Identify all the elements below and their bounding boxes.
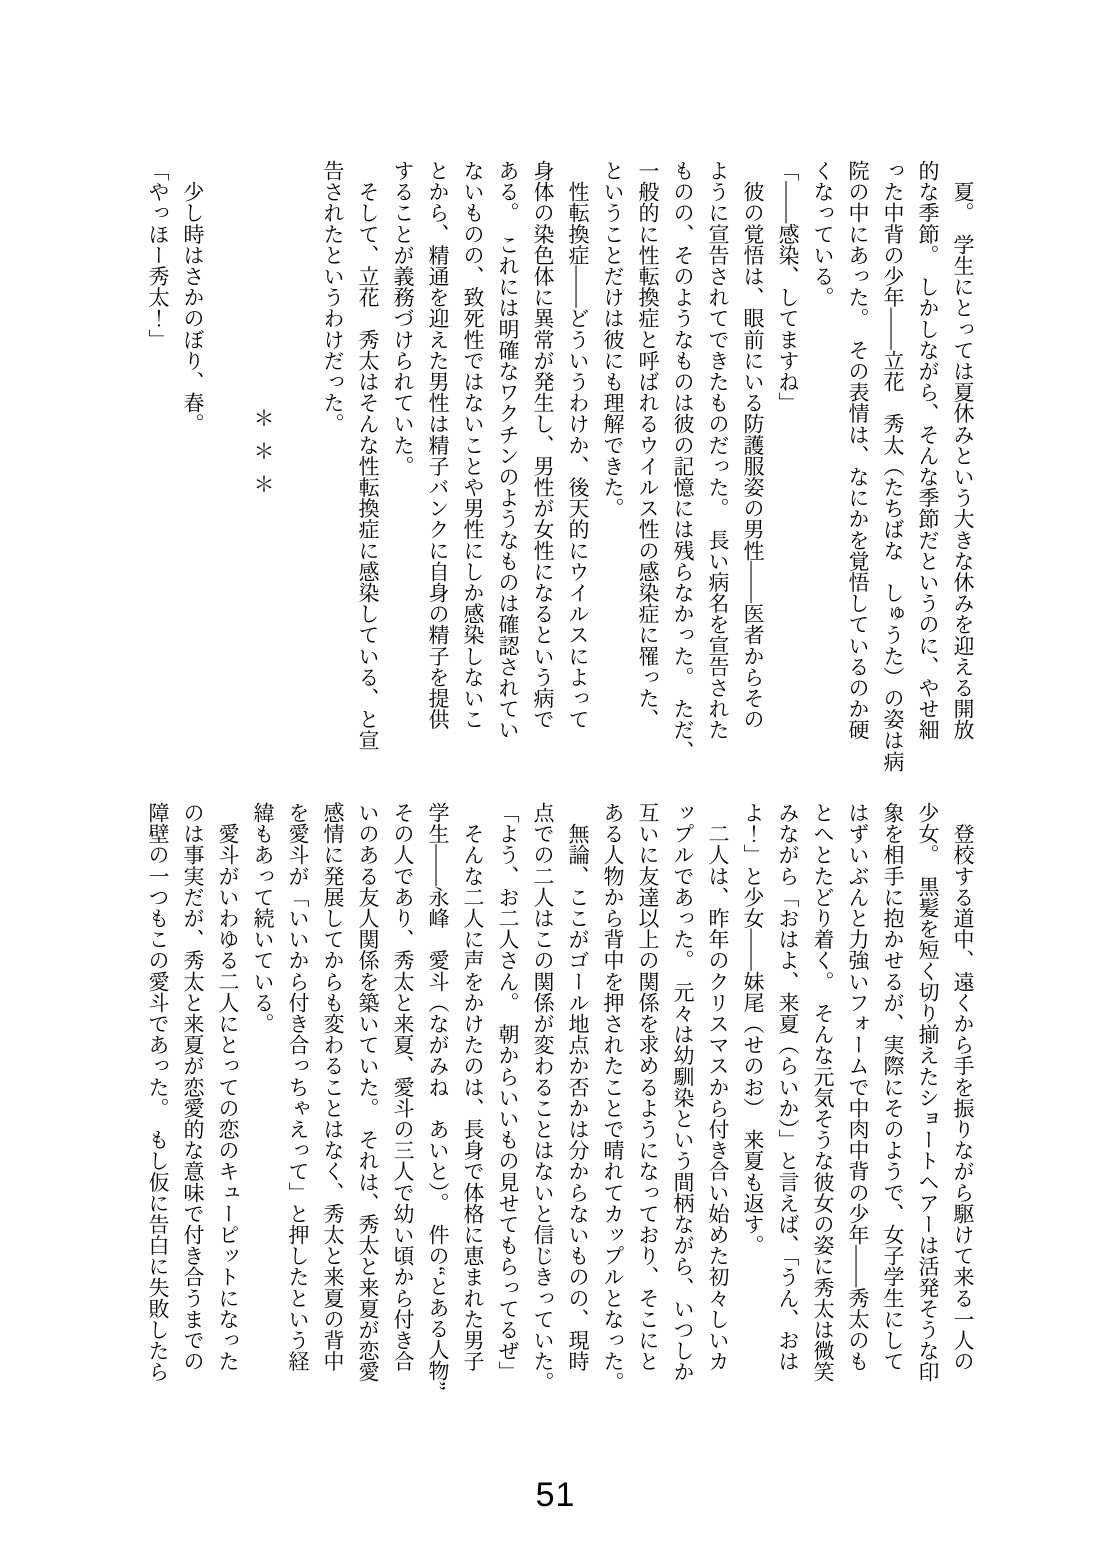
text-line: 「よう、お二人さん。 朝からいいもの見せてもらってるぜ」 [490, 802, 525, 1394]
text-line: 院の中にあった。 その表情は、なにかを覚悟しているのか硬 [840, 160, 875, 752]
text-line: 「やっほー秀太！」 [140, 160, 175, 752]
text-line: ということだけは彼にも理解できた。 [595, 160, 630, 752]
text-line: 性転換症――どういうわけか、後天的にウイルスによって [560, 160, 595, 752]
text-line: いのある友人関係を築いていた。 それは、秀太と来夏が恋愛 [350, 802, 385, 1394]
text-line: を愛斗が「いいから付き合っちゃえって」と押したという経 [280, 802, 315, 1394]
text-line: ものの、そのようなものは彼の記憶には残らなかった。 ただ、 [665, 160, 700, 752]
text-line [280, 160, 315, 752]
text-line: その人であり、秀太と来夏、愛斗の三人で幼い頃から付き合 [385, 802, 420, 1394]
text-line: そして、立花 秀太はそんな性転換症に感染している、と宣 [350, 160, 385, 752]
text-line: よ！」と少女――妹尾（せのお） 来夏も返す。 [735, 802, 770, 1394]
lower-text-block: 登校する道中、遠くから手を振りながら駆けて来る一人の少女。 黒髪を短く切り揃えた… [140, 802, 980, 1394]
text-line: とへとたどり着く。 そんな元気そうな彼女の姿に秀太は微笑 [805, 802, 840, 1394]
text-line: 感情に発展してからも変わることはなく、秀太と来夏の背中 [315, 802, 350, 1394]
text-line: 愛斗がいわゆる二人にとっての恋のキューピットになった [210, 802, 245, 1394]
text-line: 身体の染色体に異常が発生し、男性が女性になるという病で [525, 160, 560, 752]
text-line: 点での二人はこの関係が変わることはないと信じきっていた。 [525, 802, 560, 1394]
text-line: 少し時はさかのぼり、春。 [175, 160, 210, 752]
text-line: 夏。 学生にとっては夏休みという大きな休みを迎える開放 [945, 160, 980, 752]
text-line [210, 160, 245, 752]
page-number: 51 [0, 1476, 1111, 1515]
text-line: った中背の少年――立花 秀太（たちばな しゅうた）の姿は病 [875, 160, 910, 752]
text-line: 的な季節。 しかしながら、そんな季節だというのに、やせ細 [910, 160, 945, 752]
document-page: 夏。 学生にとっては夏休みという大きな休みを迎える開放的な季節。 しかしながら、… [0, 0, 1111, 1554]
text-line: 彼の覚悟は、眼前にいる防護服姿の男性――医者からその [735, 160, 770, 752]
scene-separator: ＊＊＊ [245, 160, 280, 752]
text-line: とから、精通を迎えた男性は精子バンクに自身の精子を提供 [420, 160, 455, 752]
text-line: ある。 これには明確なワクチンのようなものは確認されてい [490, 160, 525, 752]
text-line: くなっている。 [805, 160, 840, 752]
text-line: ないものの、致死性ではないことや男性にしか感染しないこ [455, 160, 490, 752]
text-line: 無論、ここがゴール地点か否かは分からないものの、現時 [560, 802, 595, 1394]
text-line: 緯もあって続いている。 [245, 802, 280, 1394]
text-line: 一般的に性転換症と呼ばれるウイルス性の感染症に罹った、 [630, 160, 665, 752]
text-line: 告されたというわけだった。 [315, 160, 350, 752]
text-line: そんな二人に声をかけたのは、長身で体格に恵まれた男子 [455, 802, 490, 1394]
text-line: 障壁の一つもこの愛斗であった。 もし仮に告白に失敗したら [140, 802, 175, 1394]
text-line: 学生――永峰 愛斗（ながみね あいと）。 件の“とある人物” [420, 802, 455, 1394]
text-line: することが義務づけられていた。 [385, 160, 420, 752]
text-line: 二人は、昨年のクリスマスから付き合い始めた初々しいカ [700, 802, 735, 1394]
text-line: のは事実だが、秀太と来夏が恋愛的な意味で付き合うまでの [175, 802, 210, 1394]
text-line: 登校する道中、遠くから手を振りながら駆けて来る一人の [945, 802, 980, 1394]
text-line: ップルであった。 元々は幼馴染という間柄ながら、いつしか [665, 802, 700, 1394]
text-line: ある人物から背中を押されたことで晴れてカップルとなった。 [595, 802, 630, 1394]
text-line: ように宣告されてできたものだった。 長い病名を宣告された [700, 160, 735, 752]
text-line: 「――感染、してますね」 [770, 160, 805, 752]
text-line: 象を相手に抱かせるが、実際にそのようで、女子学生にして [875, 802, 910, 1394]
text-line: 少女。 黒髪を短く切り揃えたショートヘアーは活発そうな印 [910, 802, 945, 1394]
upper-text-block: 夏。 学生にとっては夏休みという大きな休みを迎える開放的な季節。 しかしながら、… [140, 160, 980, 752]
text-line: 互いに友達以上の関係を求めるようになっており、そこにと [630, 802, 665, 1394]
text-line: みながら「おはよ、来夏（らいか）」と言えば、「うん、おは [770, 802, 805, 1394]
text-line: はずいぶんと力強いフォームで中肉中背の少年――秀太のも [840, 802, 875, 1394]
